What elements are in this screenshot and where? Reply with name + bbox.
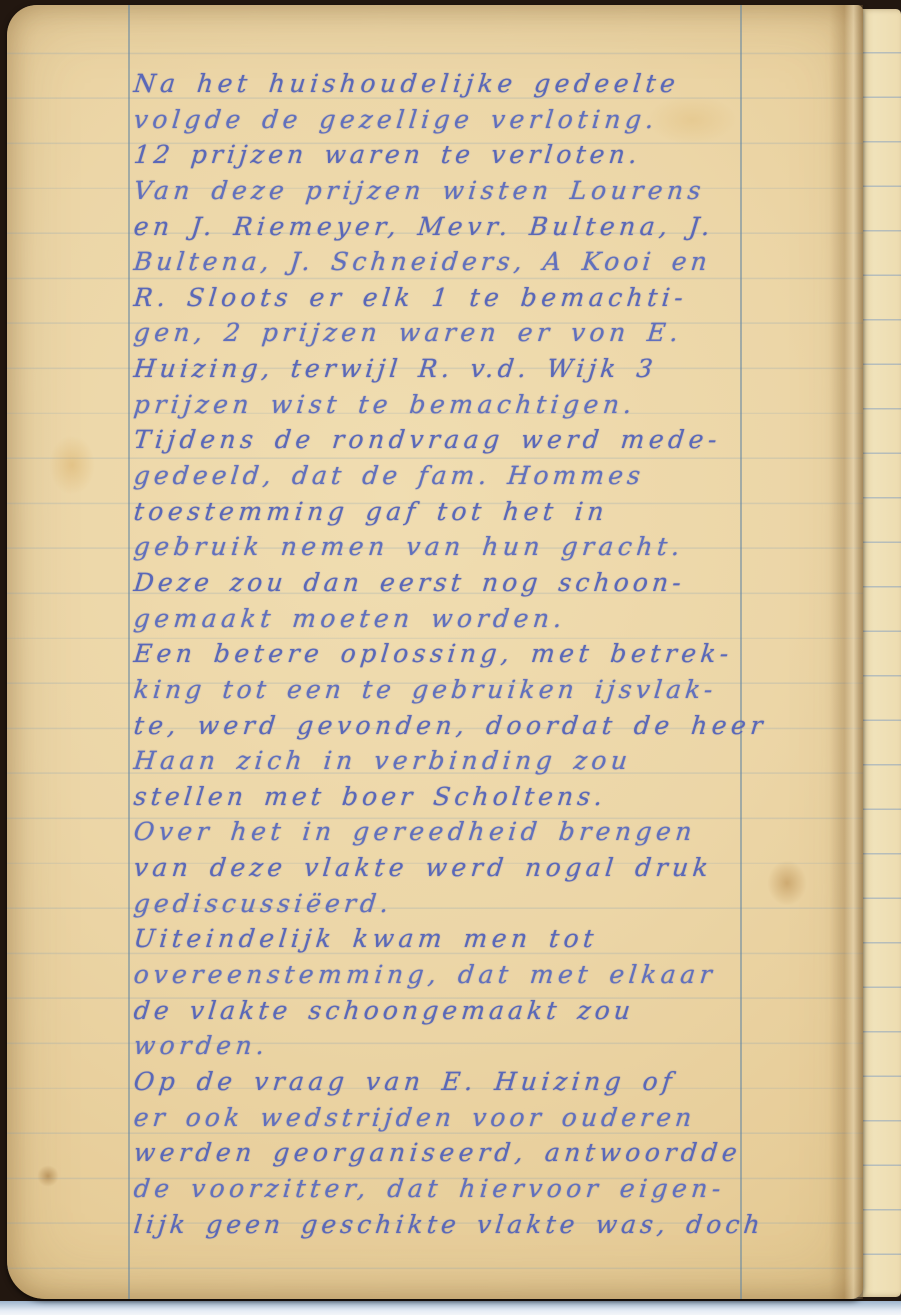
handwriting-line: Bultena, J. Schneiders, A Kooi en [132, 244, 858, 280]
notebook-page: Na het huishoudelijke gedeeltevolgde de … [7, 5, 863, 1299]
handwriting-line: Haan zich in verbinding zou [132, 743, 858, 779]
handwriting-line: Op de vraag van E. Huizing of [132, 1064, 858, 1100]
handwriting-line: stellen met boer Scholtens. [132, 779, 858, 815]
handwriting-line: de voorzitter, dat hiervoor eigen- [132, 1171, 858, 1207]
handwriting-line: volgde de gezellige verloting. [132, 102, 858, 138]
handwriting-line: gen, 2 prijzen waren er von E. [132, 315, 858, 351]
handwriting-line: Na het huishoudelijke gedeelte [132, 66, 858, 102]
scanner-bed-strip [0, 1301, 901, 1315]
handwriting-line: gemaakt moeten worden. [132, 601, 858, 637]
handwriting-line: gediscussiëerd. [132, 886, 858, 922]
handwriting-line: lijk geen geschikte vlakte was, doch [132, 1207, 858, 1243]
handwriting-line: Een betere oplossing, met betrek- [132, 636, 858, 672]
handwriting-line: gebruik nemen van hun gracht. [132, 529, 858, 565]
handwriting-line: prijzen wist te bemachtigen. [132, 387, 858, 423]
handwriting-line: Deze zou dan eerst nog schoon- [132, 565, 858, 601]
handwriting-line: en J. Riemeyer, Mevr. Bultena, J. [132, 209, 858, 245]
handwriting-line: werden georganiseerd, antwoordde [132, 1135, 858, 1171]
handwriting-line: Over het in gereedheid brengen [132, 814, 858, 850]
handwriting-line: Uiteindelijk kwam men tot [132, 921, 858, 957]
handwriting-line: R. Sloots er elk 1 te bemachti- [132, 280, 858, 316]
left-margin-line [128, 5, 130, 1299]
handwriting-line: Huizing, terwijl R. v.d. Wijk 3 [132, 351, 858, 387]
handwriting-line: worden. [132, 1028, 858, 1064]
paper-stain [37, 1165, 59, 1187]
handwriting-line: te, werd gevonden, doordat de heer [132, 708, 858, 744]
handwriting-line: de vlakte schoongemaakt zou [132, 993, 858, 1029]
paper-stain [49, 435, 95, 495]
handwriting-line: Tijdens de rondvraag werd mede- [132, 422, 858, 458]
handwriting-line: king tot een te gebruiken ijsvlak- [132, 672, 858, 708]
handwriting-line: overeenstemming, dat met elkaar [132, 957, 858, 993]
handwriting-line: Van deze prijzen wisten Lourens [132, 173, 858, 209]
handwriting-line: toestemming gaf tot het in [132, 494, 858, 530]
handwriting-line: er ook wedstrijden voor ouderen [132, 1100, 858, 1136]
handwritten-text: Na het huishoudelijke gedeeltevolgde de … [132, 66, 854, 1242]
handwriting-line: 12 prijzen waren te verloten. [132, 137, 858, 173]
scanned-notebook-page: Na het huishoudelijke gedeeltevolgde de … [0, 0, 901, 1315]
handwriting-line: van deze vlakte werd nogal druk [132, 850, 858, 886]
handwriting-line: gedeeld, dat de fam. Hommes [132, 458, 858, 494]
